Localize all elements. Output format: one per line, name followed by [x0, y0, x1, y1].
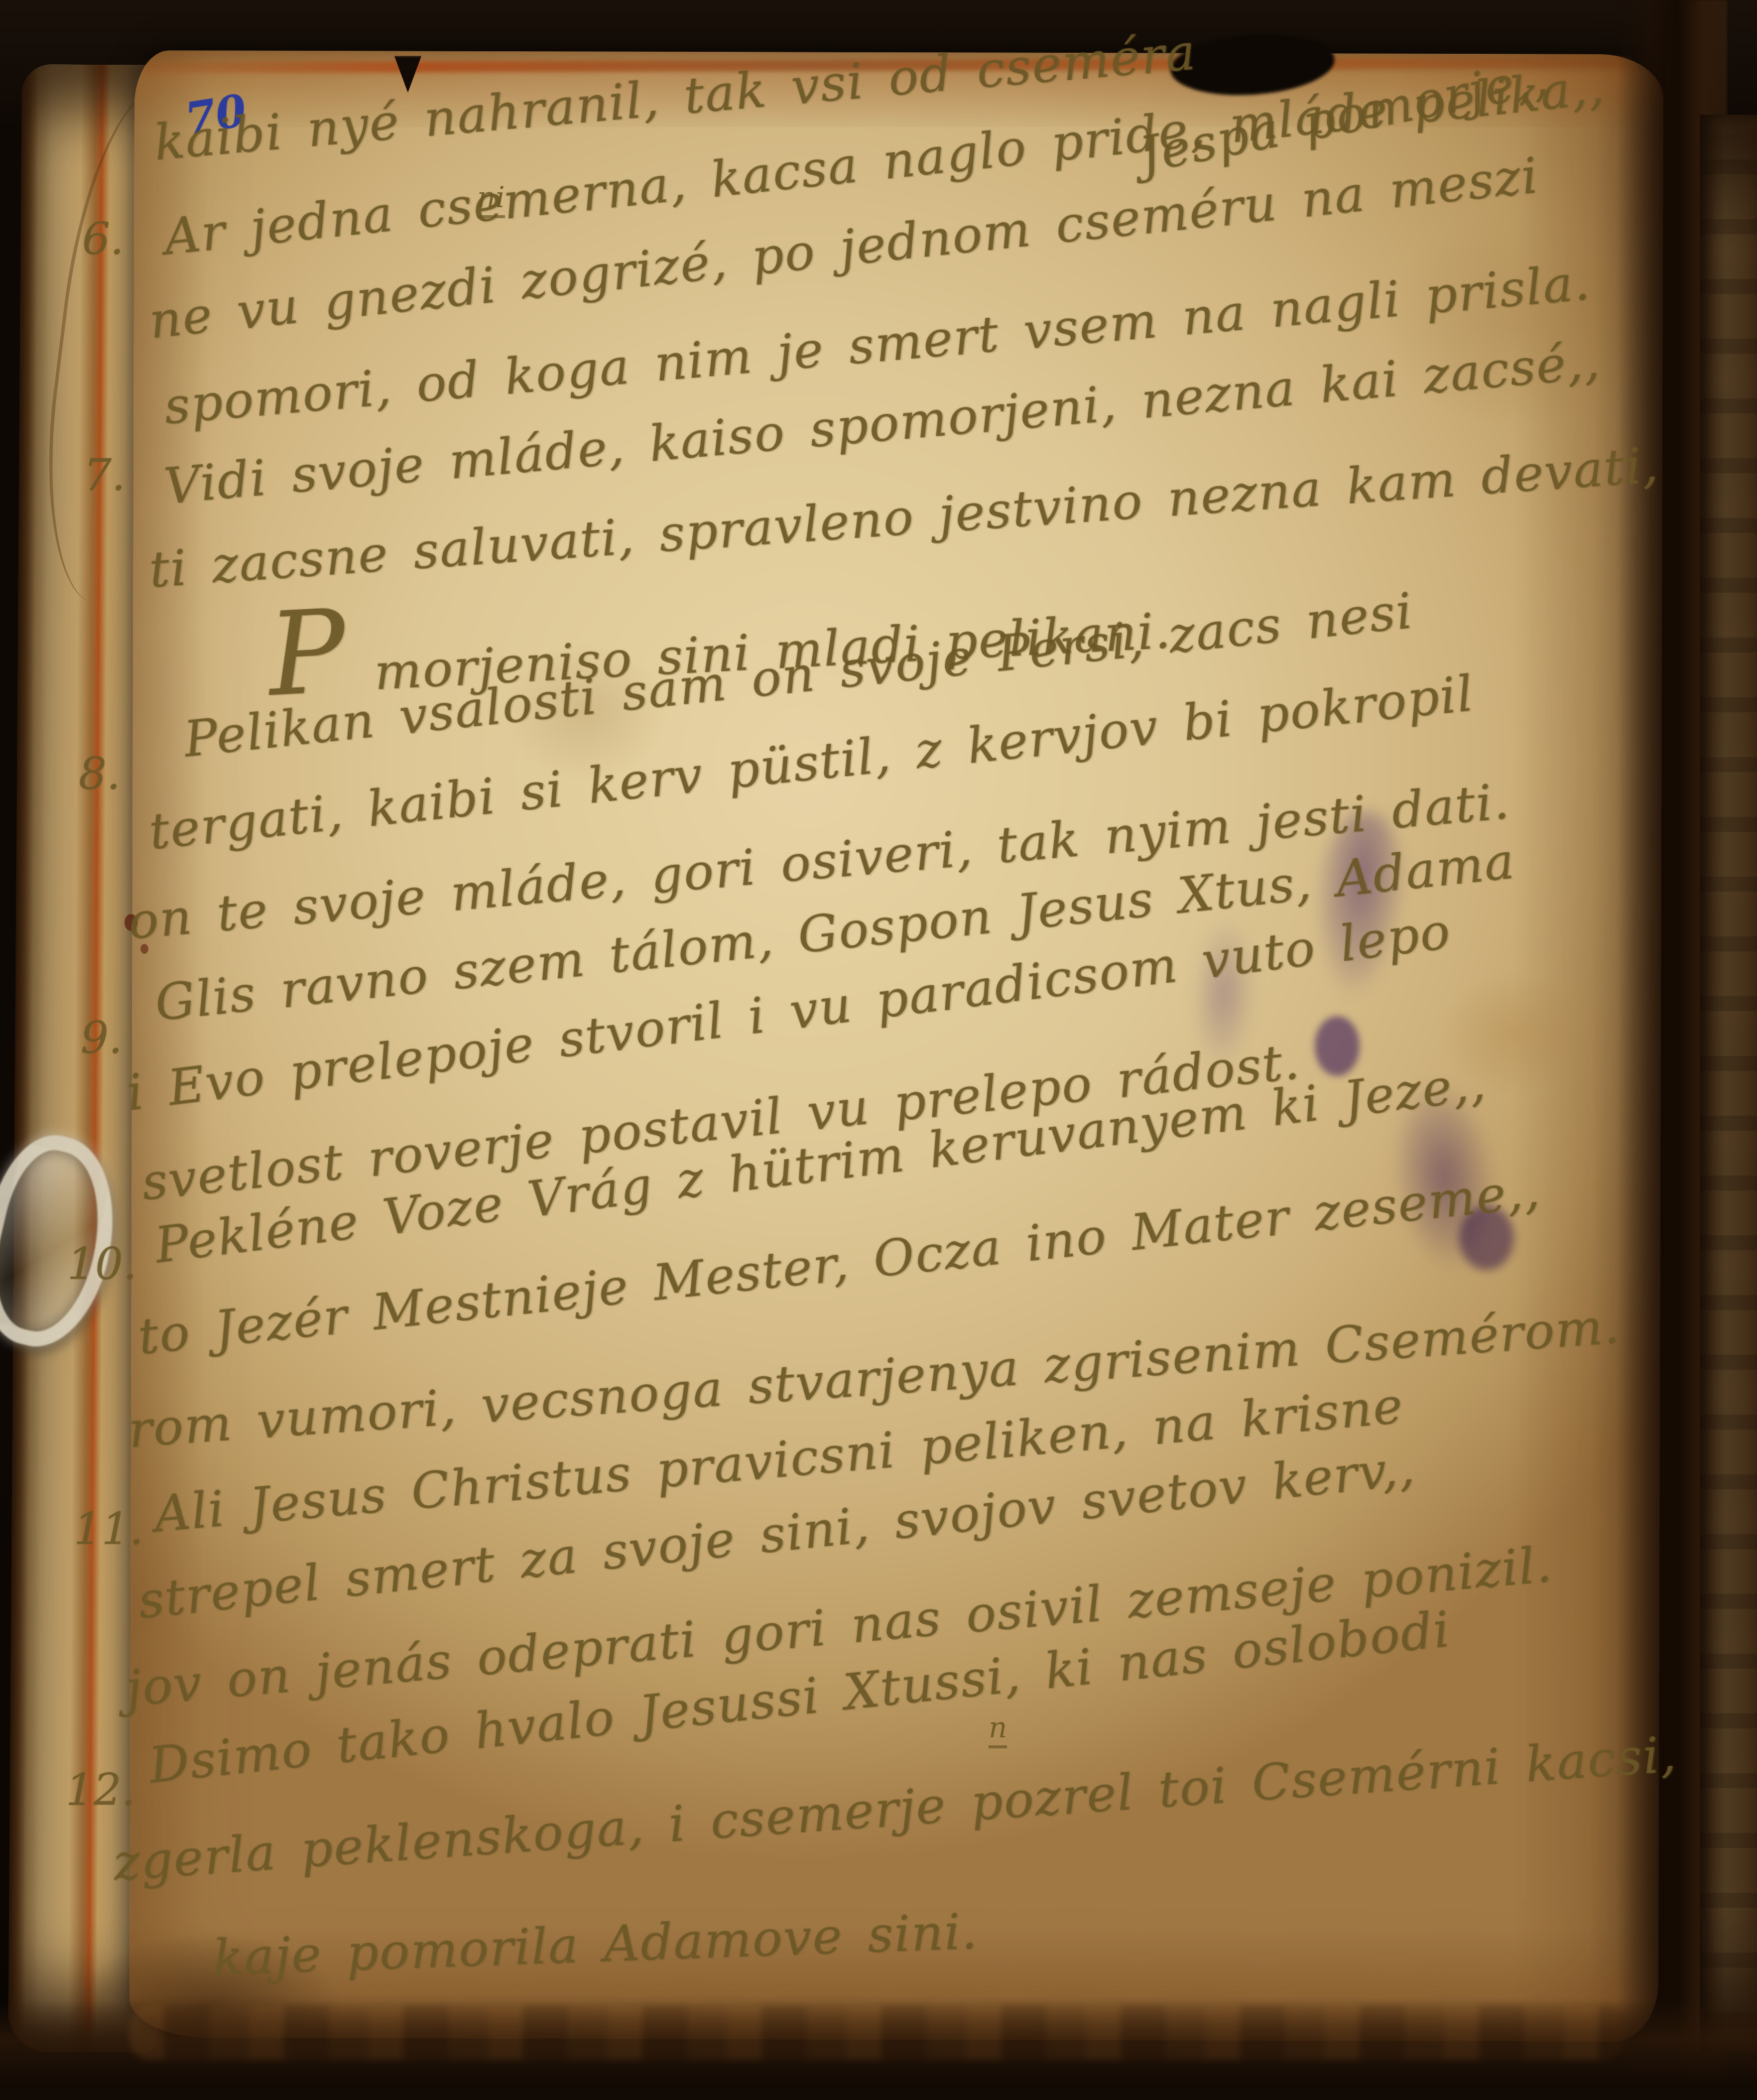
paragraph-number: 7. [84, 449, 125, 501]
paragraph-number: 10. [67, 1238, 137, 1290]
paragraph-number: 6. [82, 213, 124, 264]
manuscript-line: kaje pomorila Adamove sini. [212, 1904, 979, 1985]
interlinear-correction: ni [477, 180, 505, 218]
paragraph-number: 9. [81, 1012, 123, 1063]
interlinear-correction: n [989, 1710, 1007, 1748]
handwriting-layer: kaibi nyé nahranil, tak vsi od cseméraJe… [0, 0, 1757, 2100]
paragraph-number: 12. [66, 1764, 135, 1816]
manuscript-photo: 70 kaibi nyé nahranil, tak vsi od csemér… [0, 0, 1757, 2100]
paragraph-number: 8. [79, 748, 121, 799]
paragraph-number: 11. [74, 1503, 143, 1555]
